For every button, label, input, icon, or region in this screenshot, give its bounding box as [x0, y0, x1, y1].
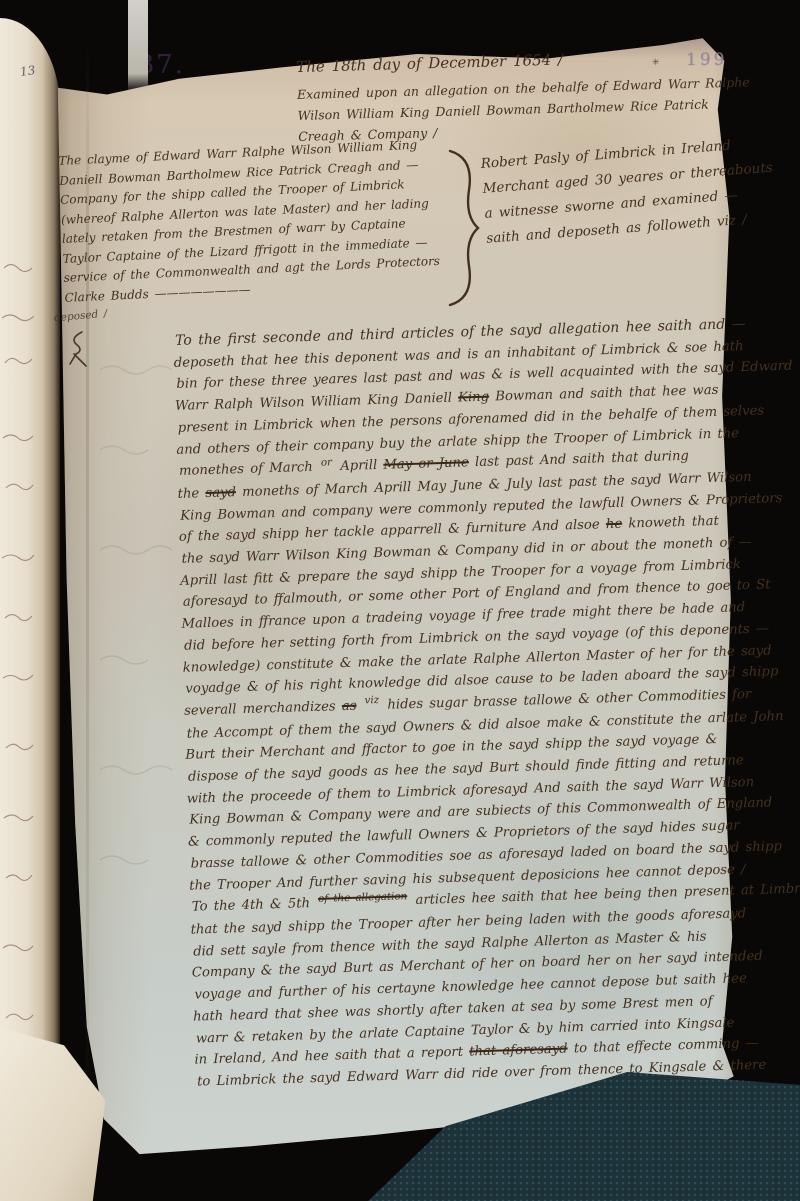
show-through-text — [95, 340, 185, 900]
witness-deposition-header: Robert Pasly of Limbrick in IrelandMerch… — [480, 129, 798, 252]
facing-page-edge — [0, 18, 60, 1168]
examination-caption: Examined upon an allegation on the behal… — [297, 71, 751, 147]
heading-block: The 18th day of December 1654 / Examined… — [296, 45, 751, 147]
facing-page-text-squiggles — [0, 18, 60, 1168]
claim-block: The clayme of Edward Warr Ralphe Wilson … — [58, 134, 467, 308]
curly-brace-icon — [444, 148, 480, 308]
manuscript-photo: B7. 199 ✳ 13 The 18th day of December 16… — [0, 0, 800, 1201]
date-line: The 18th day of December 1654 / — [296, 45, 749, 76]
deposition-body: To the first seconde and third articles … — [173, 313, 787, 1093]
book-cradle-strip — [128, 0, 148, 92]
margin-flourish-mark — [66, 330, 92, 368]
edge-page-number: 13 — [19, 63, 36, 79]
